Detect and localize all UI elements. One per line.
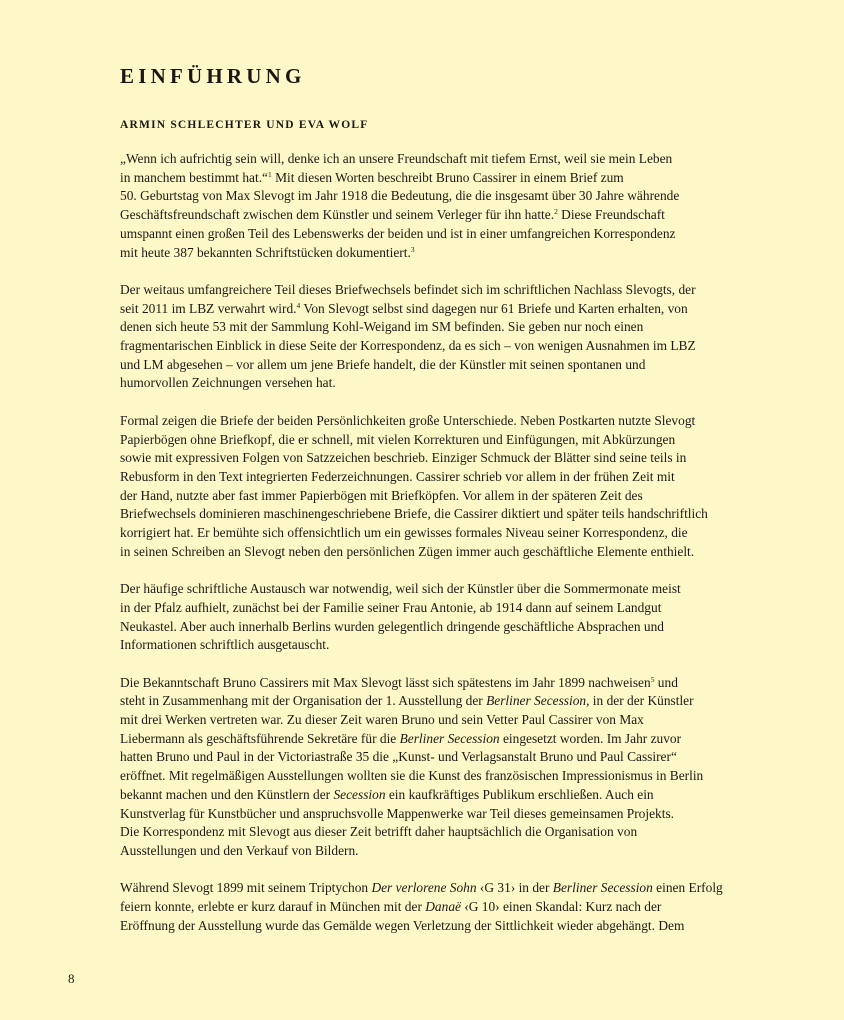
text-line: Neukastel. Aber auch innerhalb Berlins w… [120,618,720,637]
italic-title: Secession [333,787,385,802]
text-segment: Neukastel. Aber auch innerhalb Berlins w… [120,619,664,634]
page-number: 8 [68,971,75,987]
text-segment: und LM abgesehen – vor allem um jene Bri… [120,357,645,372]
paragraph: Der häufige schriftliche Austausch war n… [120,580,720,655]
text-segment: Von Slevogt selbst sind dagegen nur 61 B… [300,301,687,316]
text-segment: einen Erfolg [653,880,723,895]
text-line: Ausstellungen und den Verkauf von Bilder… [120,842,720,861]
text-segment: ‹G 10› einen Skandal: Kurz nach der [461,899,661,914]
text-line: „Wenn ich aufrichtig sein will, denke ic… [120,150,720,169]
text-line: Rebusform in den Text integrierten Feder… [120,468,720,487]
text-segment: Ausstellungen und den Verkauf von Bilder… [120,843,359,858]
italic-title: Berliner Secession [486,693,586,708]
text-segment: Die Bekanntschaft Bruno Cassirers mit Ma… [120,675,651,690]
text-line: Der häufige schriftliche Austausch war n… [120,580,720,599]
text-segment: umspannt einen großen Teil des Lebenswer… [120,226,675,241]
text-segment: fragmentarischen Einblick in diese Seite… [120,338,696,353]
text-line: in der Pfalz aufhielt, zunächst bei der … [120,599,720,618]
text-line: und LM abgesehen – vor allem um jene Bri… [120,356,720,375]
text-segment: eingesetzt worden. Im Jahr zuvor [500,731,681,746]
text-segment: sowie mit expressiven Folgen von Satzzei… [120,450,686,465]
text-line: Während Slevogt 1899 mit seinem Triptych… [120,879,720,898]
text-segment: Geschäftsfreundschaft zwischen dem Künst… [120,207,554,222]
page-title: EINFÜHRUNG [120,64,306,89]
text-segment: ‹G 31› in der [477,880,553,895]
text-line: Die Korrespondenz mit Slevogt aus dieser… [120,823,720,842]
text-segment: humorvollen Zeichnungen versehen hat. [120,375,336,390]
text-line: Geschäftsfreundschaft zwischen dem Künst… [120,206,720,225]
text-segment: korrigiert hat. Er bemühte sich offensic… [120,525,688,540]
text-segment: ein kaufkräftiges Publikum erschließen. … [386,787,654,802]
text-segment: in seinen Schreiben an Slevogt neben den… [120,544,694,559]
text-segment: 50. Geburtstag von Max Slevogt im Jahr 1… [120,188,679,203]
text-segment: Die Korrespondenz mit Slevogt aus dieser… [120,824,637,839]
italic-title: Der verlorene Sohn [371,880,476,895]
text-segment: mit heute 387 bekannten Schriftstücken d… [120,245,411,260]
text-line: denen sich heute 53 mit der Sammlung Koh… [120,318,720,337]
text-line: feiern konnte, erlebte er kurz darauf in… [120,898,720,917]
text-line: 50. Geburtstag von Max Slevogt im Jahr 1… [120,187,720,206]
text-line: Briefwechsels dominieren maschinengeschr… [120,505,720,524]
text-segment: , in der der Künstler [586,693,693,708]
text-line: hatten Bruno und Paul in der Victoriastr… [120,748,720,767]
text-segment: eröffnet. Mit regelmäßigen Ausstellungen… [120,768,703,783]
text-segment: in der Pfalz aufhielt, zunächst bei der … [120,600,661,615]
text-segment: „Wenn ich aufrichtig sein will, denke ic… [120,151,672,166]
authors-byline: ARMIN SCHLECHTER UND EVA WOLF [120,119,368,131]
text-line: humorvollen Zeichnungen versehen hat. [120,374,720,393]
text-segment: Papierbögen ohne Briefkopf, die er schne… [120,432,675,447]
text-segment: Der häufige schriftliche Austausch war n… [120,581,681,596]
text-segment: Der weitaus umfangreichere Teil dieses B… [120,282,696,297]
text-segment: Liebermann als geschäftsführende Sekretä… [120,731,400,746]
footnote-reference[interactable]: 3 [411,245,415,254]
text-line: in manchem bestimmt hat.“1 Mit diesen Wo… [120,169,720,188]
text-line: mit heute 387 bekannten Schriftstücken d… [120,244,720,263]
text-segment: hatten Bruno und Paul in der Victoriastr… [120,749,677,764]
text-line: Eröffnung der Ausstellung wurde das Gemä… [120,917,720,936]
text-segment: Briefwechsels dominieren maschinengeschr… [120,506,708,521]
text-line: fragmentarischen Einblick in diese Seite… [120,337,720,356]
text-line: seit 2011 im LBZ verwahrt wird.4 Von Sle… [120,300,720,319]
text-segment: bekannt machen und den Künstlern der [120,787,333,802]
paragraph: Formal zeigen die Briefe der beiden Pers… [120,412,720,562]
text-line: sowie mit expressiven Folgen von Satzzei… [120,449,720,468]
text-segment: Informationen schriftlich ausgetauscht. [120,637,329,652]
text-segment: Während Slevogt 1899 mit seinem Triptych… [120,880,371,895]
text-line: Kunstverlag für Kunstbücher und anspruch… [120,805,720,824]
text-segment: Eröffnung der Ausstellung wurde das Gemä… [120,918,684,933]
body-text: „Wenn ich aufrichtig sein will, denke ic… [120,150,720,954]
paragraph: Die Bekanntschaft Bruno Cassirers mit Ma… [120,674,720,861]
text-segment: steht in Zusammenhang mit der Organisati… [120,693,486,708]
text-line: Der weitaus umfangreichere Teil dieses B… [120,281,720,300]
text-line: Papierbögen ohne Briefkopf, die er schne… [120,431,720,450]
text-segment: seit 2011 im LBZ verwahrt wird. [120,301,297,316]
italic-title: Danaë [425,899,461,914]
text-segment: denen sich heute 53 mit der Sammlung Koh… [120,319,643,334]
text-segment: der Hand, nutzte aber fast immer Papierb… [120,488,643,503]
text-segment: Rebusform in den Text integrierten Feder… [120,469,675,484]
text-line: Formal zeigen die Briefe der beiden Pers… [120,412,720,431]
text-line: Die Bekanntschaft Bruno Cassirers mit Ma… [120,674,720,693]
text-segment: Diese Freundschaft [558,207,665,222]
text-line: mit drei Werken vertreten war. Zu dieser… [120,711,720,730]
text-segment: in manchem bestimmt hat.“ [120,170,268,185]
paragraph: „Wenn ich aufrichtig sein will, denke ic… [120,150,720,262]
text-segment: feiern konnte, erlebte er kurz darauf in… [120,899,425,914]
text-segment: Kunstverlag für Kunstbücher und anspruch… [120,806,674,821]
text-segment: mit drei Werken vertreten war. Zu dieser… [120,712,644,727]
paragraph: Der weitaus umfangreichere Teil dieses B… [120,281,720,393]
italic-title: Berliner Secession [553,880,653,895]
text-segment: und [654,675,677,690]
italic-title: Berliner Secession [400,731,500,746]
text-line: der Hand, nutzte aber fast immer Papierb… [120,487,720,506]
text-line: in seinen Schreiben an Slevogt neben den… [120,543,720,562]
text-segment: Mit diesen Worten beschreibt Bruno Cassi… [272,170,624,185]
text-line: eröffnet. Mit regelmäßigen Ausstellungen… [120,767,720,786]
paragraph: Während Slevogt 1899 mit seinem Triptych… [120,879,720,935]
text-line: korrigiert hat. Er bemühte sich offensic… [120,524,720,543]
text-line: Liebermann als geschäftsführende Sekretä… [120,730,720,749]
text-line: bekannt machen und den Künstlern der Sec… [120,786,720,805]
text-segment: Formal zeigen die Briefe der beiden Pers… [120,413,695,428]
text-line: Informationen schriftlich ausgetauscht. [120,636,720,655]
text-line: steht in Zusammenhang mit der Organisati… [120,692,720,711]
text-line: umspannt einen großen Teil des Lebenswer… [120,225,720,244]
